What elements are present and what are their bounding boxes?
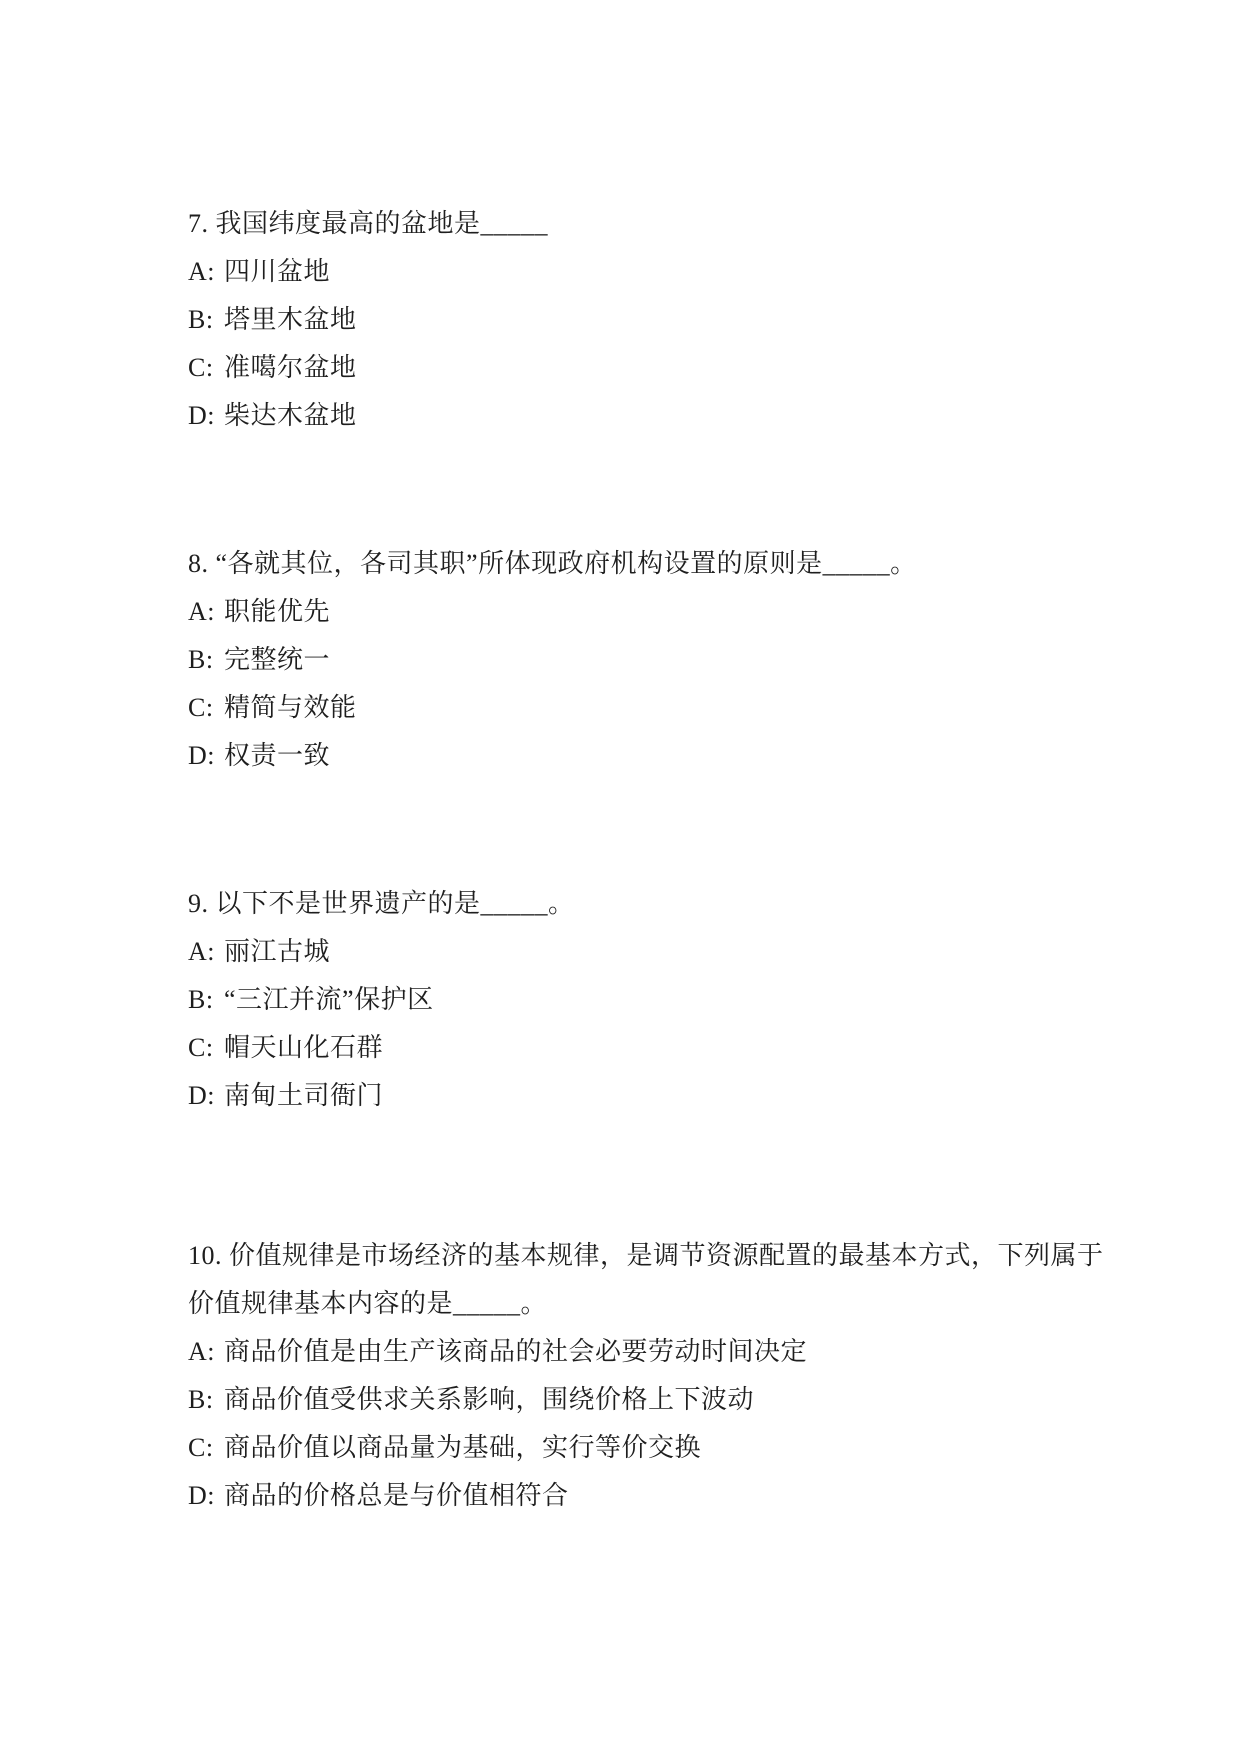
- question-8-option-a: A: 职能优先: [188, 588, 1190, 636]
- option-label: D:: [188, 392, 224, 440]
- question-10-option-a: A: 商品价值是由生产该商品的社会必要劳动时间决定: [188, 1328, 1190, 1376]
- question-10-option-d: D: 商品的价格总是与价值相符合: [188, 1472, 1190, 1520]
- question-block-9: 9. 以下不是世界遗产的是_____。 A: 丽江古城 B: “三江并流”保护区…: [188, 880, 1190, 1120]
- option-text: 职能优先: [224, 588, 330, 636]
- exam-document-page: { "page": { "background_color": "#ffffff…: [0, 0, 1240, 1753]
- option-text: 精简与效能: [224, 684, 357, 732]
- option-text: 塔里木盆地: [224, 296, 357, 344]
- question-9-option-d: D: 南甸土司衙门: [188, 1072, 1190, 1120]
- option-label: D:: [188, 732, 224, 780]
- option-label: D:: [188, 1072, 224, 1120]
- question-block-8: 8. “各就其位，各司其职”所体现政府机构设置的原则是_____。 A: 职能优…: [188, 540, 1190, 780]
- question-10-text-line-2: 价值规律基本内容的是_____。: [188, 1280, 1190, 1328]
- question-7-option-a: A: 四川盆地: [188, 248, 1190, 296]
- option-text: 商品的价格总是与价值相符合: [224, 1472, 569, 1520]
- question-block-7: 7. 我国纬度最高的盆地是_____ A: 四川盆地 B: 塔里木盆地 C: 准…: [188, 200, 1190, 440]
- page-content: 7. 我国纬度最高的盆地是_____ A: 四川盆地 B: 塔里木盆地 C: 准…: [0, 0, 1240, 1753]
- question-9-option-a: A: 丽江古城: [188, 928, 1190, 976]
- question-7-text: 7. 我国纬度最高的盆地是_____: [188, 200, 1190, 248]
- option-label: D:: [188, 1472, 224, 1520]
- question-10-text-line-1: 10. 价值规律是市场经济的基本规律，是调节资源配置的最基本方式，下列属于: [188, 1232, 1190, 1280]
- option-text: 南甸土司衙门: [224, 1072, 383, 1120]
- option-text: 准噶尔盆地: [224, 344, 357, 392]
- option-text: 商品价值以商品量为基础，实行等价交换: [224, 1424, 701, 1472]
- option-label: B:: [188, 976, 224, 1024]
- question-7-option-b: B: 塔里木盆地: [188, 296, 1190, 344]
- option-text: 帽天山化石群: [224, 1024, 383, 1072]
- question-8-option-d: D: 权责一致: [188, 732, 1190, 780]
- option-text: 商品价值是由生产该商品的社会必要劳动时间决定: [224, 1328, 807, 1376]
- question-9-text: 9. 以下不是世界遗产的是_____。: [188, 880, 1190, 928]
- option-text: 四川盆地: [224, 248, 330, 296]
- option-label: C:: [188, 1424, 224, 1472]
- question-10-option-b: B: 商品价值受供求关系影响，围绕价格上下波动: [188, 1376, 1190, 1424]
- option-label: A:: [188, 588, 224, 636]
- option-label: B:: [188, 636, 224, 684]
- question-block-10: 10. 价值规律是市场经济的基本规律，是调节资源配置的最基本方式，下列属于 价值…: [188, 1232, 1190, 1520]
- option-text: 丽江古城: [224, 928, 330, 976]
- option-label: C:: [188, 1024, 224, 1072]
- option-text: 商品价值受供求关系影响，围绕价格上下波动: [224, 1376, 754, 1424]
- option-text: “三江并流”保护区: [224, 976, 434, 1024]
- question-9-option-b: B: “三江并流”保护区: [188, 976, 1190, 1024]
- option-label: C:: [188, 684, 224, 732]
- option-text: 柴达木盆地: [224, 392, 357, 440]
- question-8-option-b: B: 完整统一: [188, 636, 1190, 684]
- question-9-option-c: C: 帽天山化石群: [188, 1024, 1190, 1072]
- question-10-option-c: C: 商品价值以商品量为基础，实行等价交换: [188, 1424, 1190, 1472]
- question-8-option-c: C: 精简与效能: [188, 684, 1190, 732]
- question-7-option-c: C: 准噶尔盆地: [188, 344, 1190, 392]
- option-text: 完整统一: [224, 636, 330, 684]
- option-label: A:: [188, 1328, 224, 1376]
- option-label: A:: [188, 928, 224, 976]
- question-8-text: 8. “各就其位，各司其职”所体现政府机构设置的原则是_____。: [188, 540, 1190, 588]
- option-label: C:: [188, 344, 224, 392]
- option-label: B:: [188, 1376, 224, 1424]
- option-text: 权责一致: [224, 732, 330, 780]
- option-label: B:: [188, 296, 224, 344]
- question-7-option-d: D: 柴达木盆地: [188, 392, 1190, 440]
- option-label: A:: [188, 248, 224, 296]
